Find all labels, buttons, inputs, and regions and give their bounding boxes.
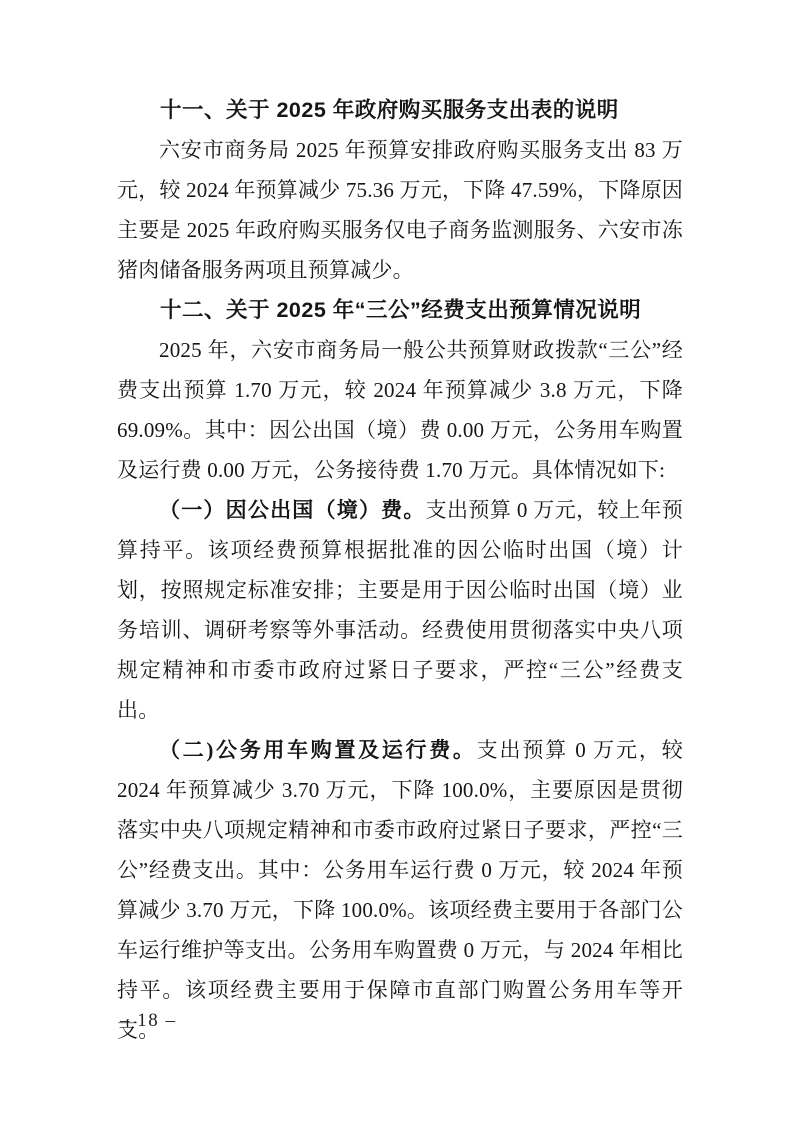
section-12-item-2-paragraph: （二)公务用车购置及运行费。支出预算 0 万元，较 2024 年预算减少 3.7… [117, 730, 683, 1050]
page-number: – 18 – [120, 1010, 177, 1031]
item-1-lead-label: （一）因公出国（境）费。 [159, 498, 426, 522]
page-footer: – 18 – [120, 1006, 177, 1036]
item-1-body-text: 支出预算 0 万元，较上年预算持平。该项经费预算根据批准的因公临时出国（境）计划… [117, 498, 683, 722]
section-12-item-1-paragraph: （一）因公出国（境）费。支出预算 0 万元，较上年预算持平。该项经费预算根据批准… [117, 490, 683, 730]
section-11-heading: 十一、关于 2025 年政府购买服务支出表的说明 [117, 90, 683, 130]
document-content: 十一、关于 2025 年政府购买服务支出表的说明 六安市商务局 2025 年预算… [117, 90, 683, 1050]
document-page: 十一、关于 2025 年政府购买服务支出表的说明 六安市商务局 2025 年预算… [0, 0, 793, 1122]
section-12-heading: 十二、关于 2025 年“三公”经费支出预算情况说明 [117, 290, 683, 330]
item-2-lead-label: （二)公务用车购置及运行费。 [159, 738, 477, 762]
section-12-overview-paragraph: 2025 年，六安市商务局一般公共预算财政拨款“三公”经费支出预算 1.70 万… [117, 330, 683, 490]
item-2-body-text: 支出预算 0 万元，较 2024 年预算减少 3.70 万元，下降 100.0%… [117, 738, 683, 1042]
section-11-paragraph: 六安市商务局 2025 年预算安排政府购买服务支出 83 万元，较 2024 年… [117, 130, 683, 290]
